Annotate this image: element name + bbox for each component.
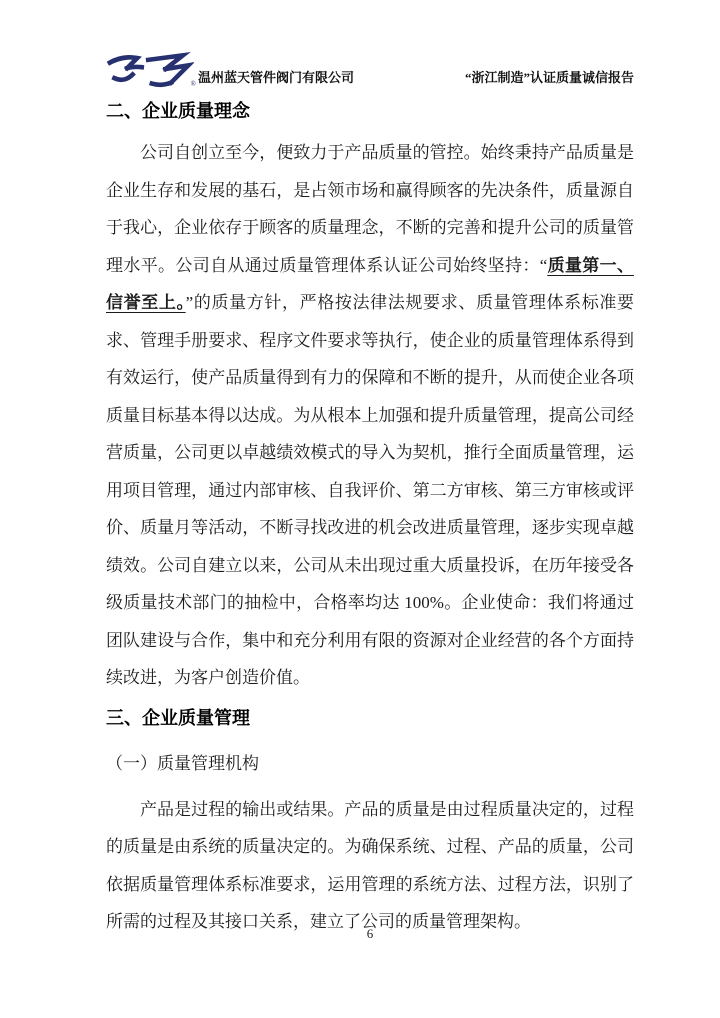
- quality-org-paragraph: 产品是过程的输出或结果。产品的质量是由过程质量决定的，过程的质量是由系统的质量决…: [106, 791, 634, 941]
- subsection-heading-quality-org: （一）质量管理机构: [106, 753, 634, 775]
- header-left: ® 温州蓝天管件阀门有限公司: [106, 48, 354, 90]
- company-logo-icon: ®: [106, 48, 194, 90]
- paragraph-run: ”的质量方针，严格按法律法规要求、质量管理体系标准要求、管理手册要求、程序文件要…: [106, 293, 634, 687]
- registered-trademark-icon: ®: [191, 80, 196, 88]
- report-title: “浙江制造”认证质量诚信报告: [465, 67, 634, 90]
- page-number: 6: [106, 926, 634, 942]
- page-header: ® 温州蓝天管件阀门有限公司 “浙江制造”认证质量诚信报告: [106, 45, 634, 90]
- section-heading-quality-philosophy: 二、企业质量理念: [106, 100, 634, 122]
- document-page: ® 温州蓝天管件阀门有限公司 “浙江制造”认证质量诚信报告 二、企业质量理念 公…: [0, 0, 720, 1018]
- quality-philosophy-paragraph: 公司自创立至今，便致力于产品质量的管控。始终秉持产品质量是企业生存和发展的基石，…: [106, 134, 634, 697]
- company-name: 温州蓝天管件阀门有限公司: [198, 67, 354, 90]
- section-heading-quality-management: 三、企业质量管理: [106, 707, 634, 729]
